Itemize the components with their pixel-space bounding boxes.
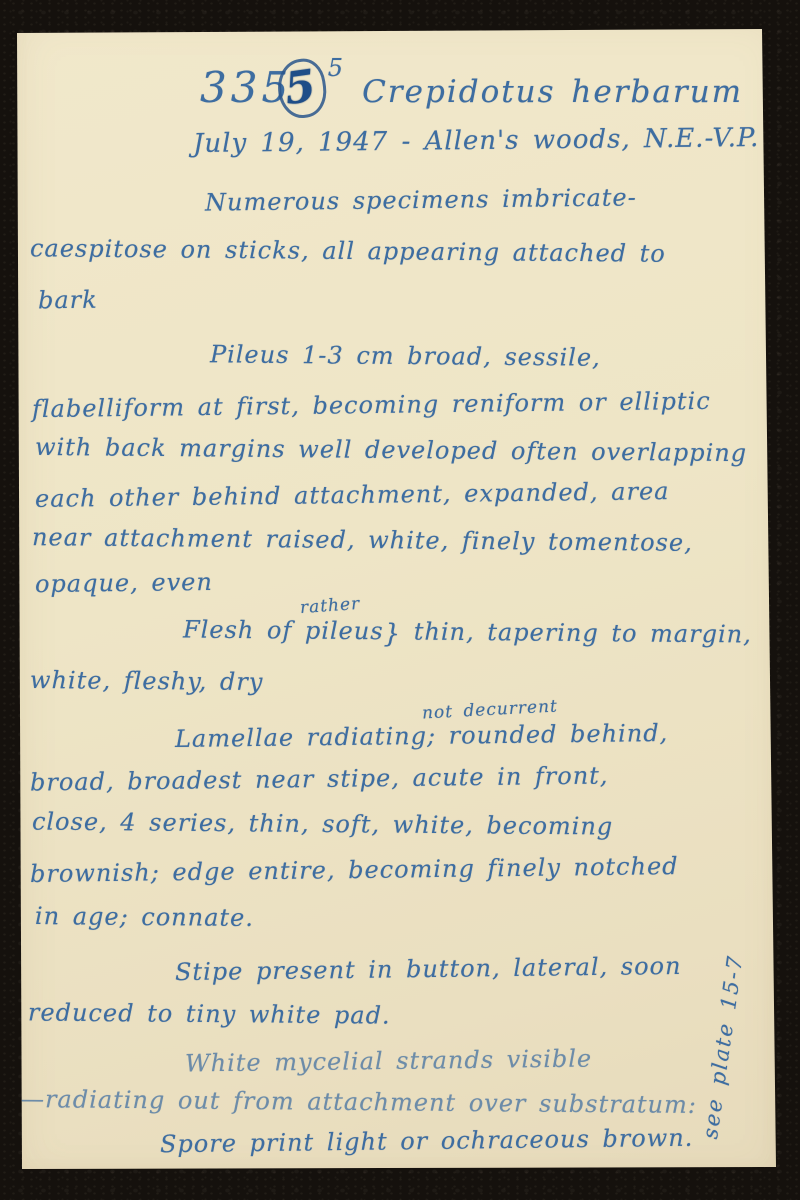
handwritten-line: close, 4 series, thin, soft, white, beco… — [32, 809, 613, 838]
handwritten-line: bark — [38, 288, 98, 313]
note-card: 33555Crepidotus herbarum July 19, 1947 -… — [0, 0, 800, 1200]
catalog-number-superscript: 5 — [328, 54, 344, 82]
handwritten-line: caespitose on sticks, all appearing atta… — [30, 236, 666, 266]
lamellae-text-after: ; rounded behind, — [427, 719, 669, 750]
handwritten-line: —radiating out from attachment over subs… — [20, 1087, 697, 1117]
species-title: Crepidotus herbarum — [362, 74, 743, 110]
handwritten-line: Numerous specimens imbricate- — [205, 185, 637, 214]
flesh-text-after: thin, tapering to margin, — [414, 618, 752, 649]
handwritten-line: Stipe present in button, lateral, soon — [175, 954, 682, 984]
card-header: 33555Crepidotus herbarum — [200, 54, 743, 118]
handwritten-line: in age; connate. — [35, 904, 254, 930]
handwritten-line-lamellae: Lamellae radiating; rounded behind, — [175, 721, 668, 751]
handwritten-line: with back margins well developed often o… — [35, 435, 747, 465]
handwritten-line: near attachment raised, white, finely to… — [32, 525, 693, 555]
handwritten-line: White mycelial strands visible — [185, 1047, 592, 1076]
lamellae-text-before: Lamellae radiating — [175, 722, 427, 753]
handwritten-line: Spore print light or ochraceous brown. — [160, 1126, 694, 1157]
handwritten-line: reduced to tiny white pad. — [28, 1000, 391, 1027]
handwritten-line: broad, broadest near stipe, acute in fro… — [30, 763, 609, 794]
inserted-word-rather: rather — [299, 596, 360, 617]
handwritten-line: white, fleshy, dry — [30, 668, 264, 694]
insertion-brace: } — [383, 619, 401, 649]
handwritten-line: brownish; edge entire, becoming finely n… — [30, 854, 679, 886]
flesh-text-before: Flesh of pileus — [183, 616, 384, 646]
handwritten-line: opaque, even — [35, 570, 213, 596]
handwritten-line: each other behind attachment, expanded, … — [35, 479, 670, 511]
handwritten-line: Pileus 1-3 cm broad, sessile, — [210, 342, 601, 369]
handwritten-line-flesh: Flesh of pileus} thin, tapering to margi… — [183, 618, 752, 651]
date-location-line: July 19, 1947 - Allen's woods, N.E.-V.P. — [193, 125, 760, 157]
